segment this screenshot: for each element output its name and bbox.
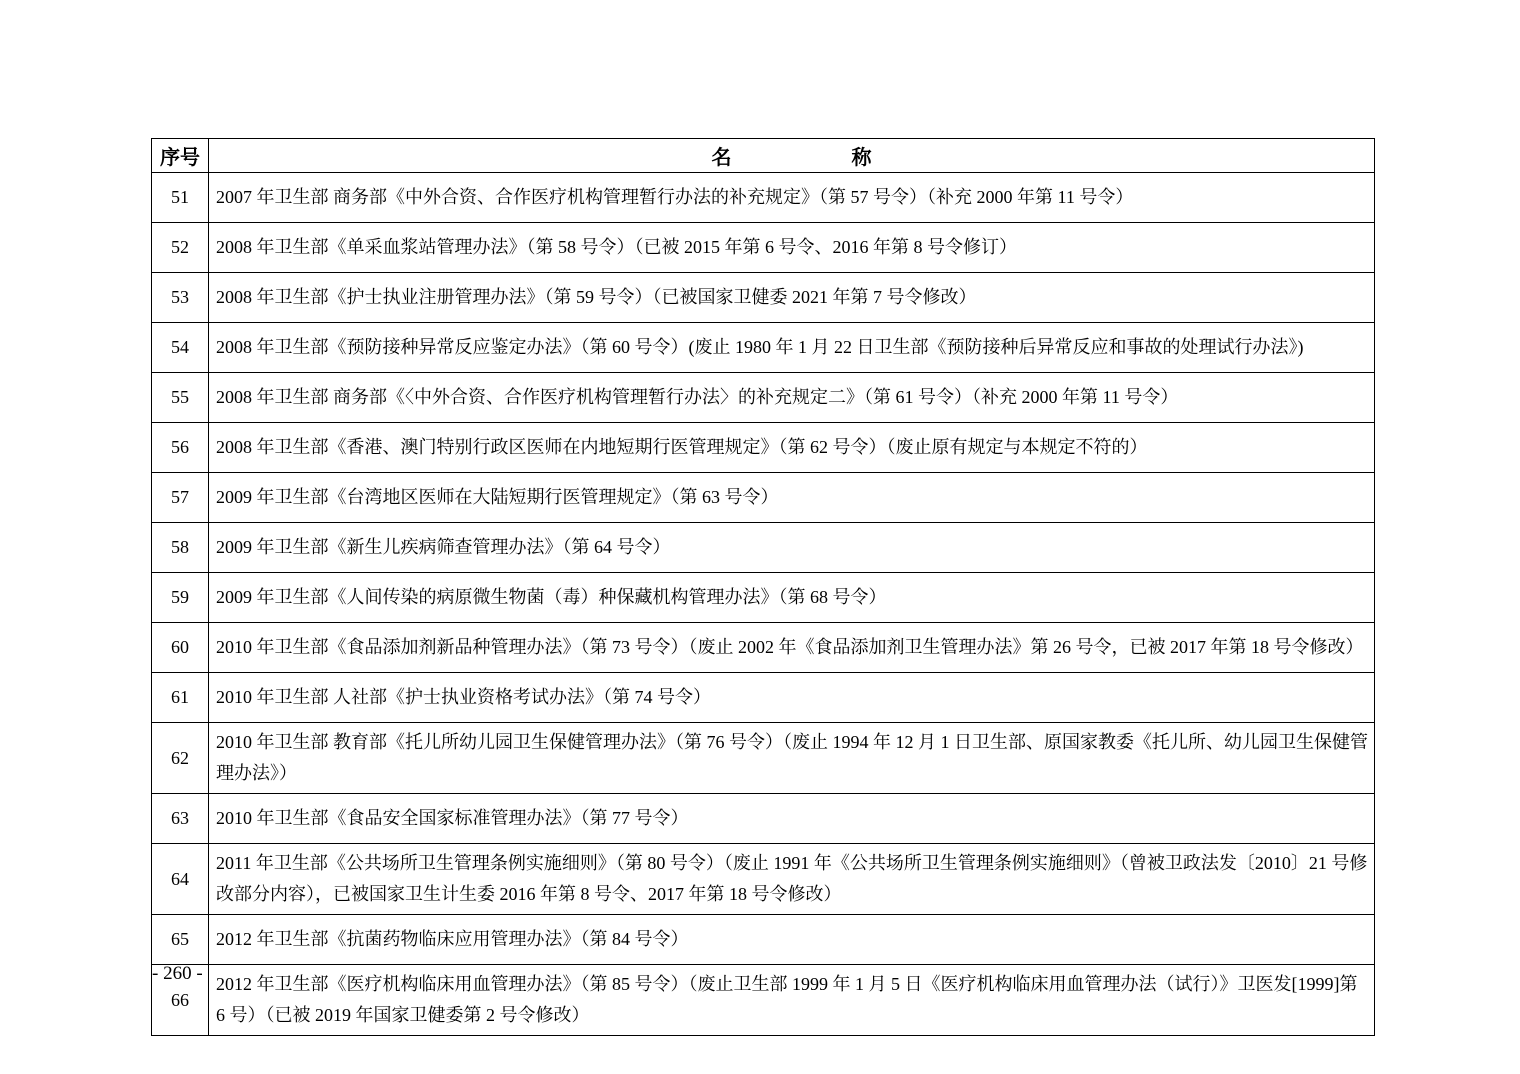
table-row: 562008 年卫生部《香港、澳门特别行政区医师在内地短期行医管理规定》（第 6…	[152, 423, 1375, 473]
table-body: 512007 年卫生部 商务部《中外合资、合作医疗机构管理暂行办法的补充规定》（…	[152, 173, 1375, 1036]
table-row: 632010 年卫生部《食品安全国家标准管理办法》（第 77 号令）	[152, 794, 1375, 844]
row-index: 64	[152, 844, 209, 915]
table-row: 512007 年卫生部 商务部《中外合资、合作医疗机构管理暂行办法的补充规定》（…	[152, 173, 1375, 223]
row-name: 2012 年卫生部《抗菌药物临床应用管理办法》（第 84 号令）	[209, 915, 1375, 965]
row-index: 57	[152, 473, 209, 523]
row-name: 2010 年卫生部《食品安全国家标准管理办法》（第 77 号令）	[209, 794, 1375, 844]
table-row: 602010 年卫生部《食品添加剂新品种管理办法》（第 73 号令）（废止 20…	[152, 623, 1375, 673]
row-name: 2008 年卫生部《预防接种异常反应鉴定办法》（第 60 号令）(废止 1980…	[209, 323, 1375, 373]
row-name: 2010 年卫生部《食品添加剂新品种管理办法》（第 73 号令）（废止 2002…	[209, 623, 1375, 673]
row-name: 2010 年卫生部 教育部《托儿所幼儿园卫生保健管理办法》（第 76 号令）（废…	[209, 723, 1375, 794]
row-name: 2009 年卫生部《新生儿疾病筛查管理办法》（第 64 号令）	[209, 523, 1375, 573]
row-index: 63	[152, 794, 209, 844]
table-row: 522008 年卫生部《单采血浆站管理办法》（第 58 号令）（已被 2015 …	[152, 223, 1375, 273]
row-name: 2009 年卫生部《人间传染的病原微生物菌（毒）种保藏机构管理办法》（第 68 …	[209, 573, 1375, 623]
row-name: 2008 年卫生部《单采血浆站管理办法》（第 58 号令）（已被 2015 年第…	[209, 223, 1375, 273]
table-row: 612010 年卫生部 人社部《护士执业资格考试办法》（第 74 号令）	[152, 673, 1375, 723]
row-index: 61	[152, 673, 209, 723]
document-page: 序号 名 称 512007 年卫生部 商务部《中外合资、合作医疗机构管理暂行办法…	[0, 0, 1520, 1074]
row-index: 52	[152, 223, 209, 273]
row-name: 2008 年卫生部 商务部《〈中外合资、合作医疗机构管理暂行办法〉的补充规定二》…	[209, 373, 1375, 423]
table-row: 662012 年卫生部《医疗机构临床用血管理办法》（第 85 号令）（废止卫生部…	[152, 965, 1375, 1036]
row-index: 51	[152, 173, 209, 223]
row-index: 59	[152, 573, 209, 623]
row-index: 55	[152, 373, 209, 423]
row-name: 2008 年卫生部《香港、澳门特别行政区医师在内地短期行医管理规定》（第 62 …	[209, 423, 1375, 473]
row-index: 54	[152, 323, 209, 373]
row-name: 2011 年卫生部《公共场所卫生管理条例实施细则》（第 80 号令）（废止 19…	[209, 844, 1375, 915]
table-row: 592009 年卫生部《人间传染的病原微生物菌（毒）种保藏机构管理办法》（第 6…	[152, 573, 1375, 623]
table-row: 552008 年卫生部 商务部《〈中外合资、合作医疗机构管理暂行办法〉的补充规定…	[152, 373, 1375, 423]
row-name: 2009 年卫生部《台湾地区医师在大陆短期行医管理规定》（第 63 号令）	[209, 473, 1375, 523]
row-index: 56	[152, 423, 209, 473]
row-name: 2007 年卫生部 商务部《中外合资、合作医疗机构管理暂行办法的补充规定》（第 …	[209, 173, 1375, 223]
table-row: 622010 年卫生部 教育部《托儿所幼儿园卫生保健管理办法》（第 76 号令）…	[152, 723, 1375, 794]
page-number: - 260 -	[152, 963, 203, 985]
table-row: 582009 年卫生部《新生儿疾病筛查管理办法》（第 64 号令）	[152, 523, 1375, 573]
table-row: 642011 年卫生部《公共场所卫生管理条例实施细则》（第 80 号令）（废止 …	[152, 844, 1375, 915]
row-index: 65	[152, 915, 209, 965]
row-index: 58	[152, 523, 209, 573]
header-index: 序号	[152, 139, 209, 173]
header-name: 名 称	[209, 139, 1375, 173]
regulations-table: 序号 名 称 512007 年卫生部 商务部《中外合资、合作医疗机构管理暂行办法…	[151, 138, 1375, 1036]
table-row: 542008 年卫生部《预防接种异常反应鉴定办法》（第 60 号令）(废止 19…	[152, 323, 1375, 373]
table-row: 532008 年卫生部《护士执业注册管理办法》（第 59 号令）（已被国家卫健委…	[152, 273, 1375, 323]
row-name: 2010 年卫生部 人社部《护士执业资格考试办法》（第 74 号令）	[209, 673, 1375, 723]
row-index: 53	[152, 273, 209, 323]
row-index: 60	[152, 623, 209, 673]
row-name: 2008 年卫生部《护士执业注册管理办法》（第 59 号令）（已被国家卫健委 2…	[209, 273, 1375, 323]
table-row: 572009 年卫生部《台湾地区医师在大陆短期行医管理规定》（第 63 号令）	[152, 473, 1375, 523]
row-index: 62	[152, 723, 209, 794]
table-header-row: 序号 名 称	[152, 139, 1375, 173]
row-name: 2012 年卫生部《医疗机构临床用血管理办法》（第 85 号令）（废止卫生部 1…	[209, 965, 1375, 1036]
table-row: 652012 年卫生部《抗菌药物临床应用管理办法》（第 84 号令）	[152, 915, 1375, 965]
